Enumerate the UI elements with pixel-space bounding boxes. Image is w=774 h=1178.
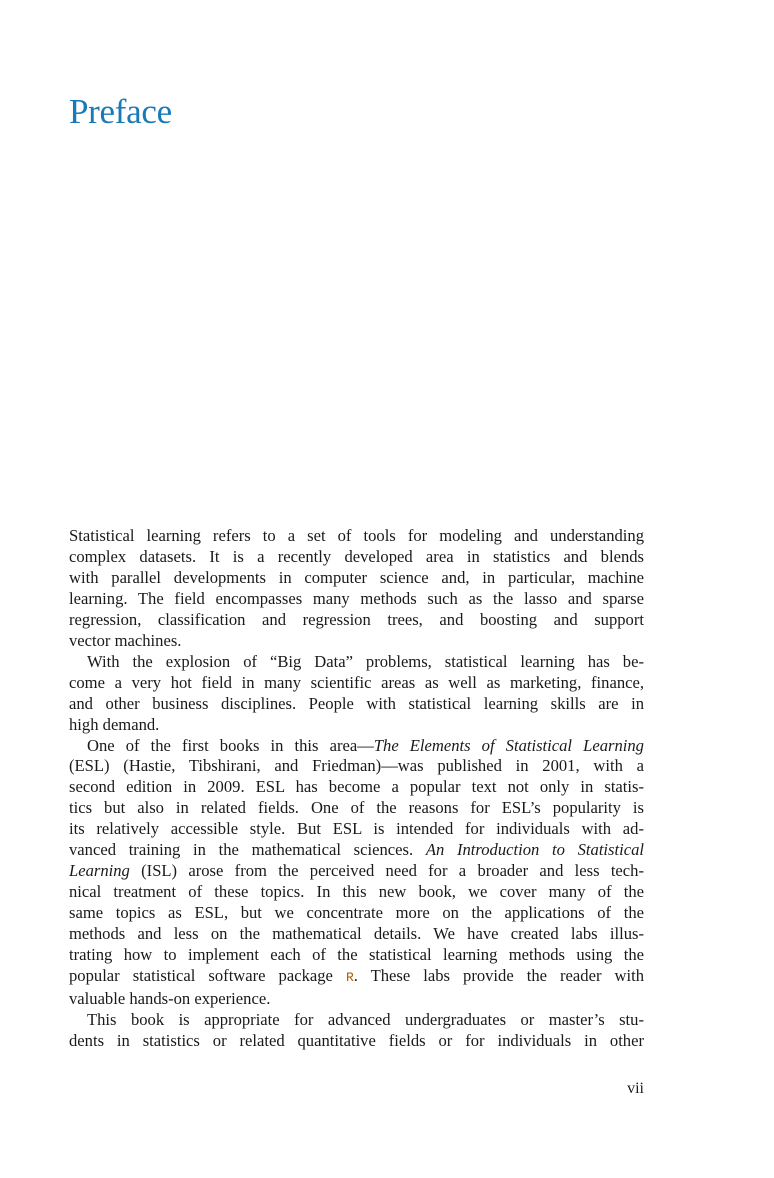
text-line: methods and less on the mathematical det… bbox=[69, 924, 644, 945]
book-title-esl: The Elements of Statistical Learning bbox=[374, 736, 644, 755]
preface-body: Statistical learning refers to a set of … bbox=[69, 526, 644, 1052]
text-segment: popular statistical software package bbox=[69, 966, 346, 985]
text-line: complex datasets. It is a recently devel… bbox=[69, 547, 644, 568]
text-line: regression, classification and regressio… bbox=[69, 610, 644, 631]
text-line: (ESL) (Hastie, Tibshirani, and Friedman)… bbox=[69, 756, 644, 777]
text-line: tics but also in related fields. One of … bbox=[69, 798, 644, 819]
text-segment: vanced training in the mathematical scie… bbox=[69, 840, 426, 859]
paragraph-4: This book is appropriate for advanced un… bbox=[69, 1010, 644, 1052]
text-line: with parallel developments in computer s… bbox=[69, 568, 644, 589]
paragraph-3: One of the first books in this area—The … bbox=[69, 736, 644, 1010]
text-line: second edition in 2009. ESL has become a… bbox=[69, 777, 644, 798]
text-line: One of the first books in this area—The … bbox=[69, 736, 644, 757]
text-line: popular statistical software package R. … bbox=[69, 966, 644, 989]
text-line: learning. The field encompasses many met… bbox=[69, 589, 644, 610]
paragraph-1: Statistical learning refers to a set of … bbox=[69, 526, 644, 652]
text-line: nical treatment of these topics. In this… bbox=[69, 882, 644, 903]
text-line: and other business disciplines. People w… bbox=[69, 694, 644, 715]
text-line: vector machines. bbox=[69, 631, 644, 652]
text-line: Statistical learning refers to a set of … bbox=[69, 526, 644, 547]
text-line: trating how to implement each of the sta… bbox=[69, 945, 644, 966]
text-line: same topics as ESL, but we concentrate m… bbox=[69, 903, 644, 924]
text-segment: (ISL) arose from the perceived need for … bbox=[130, 861, 644, 880]
page-title: Preface bbox=[69, 90, 172, 134]
text-line: dents in statistics or related quantitat… bbox=[69, 1031, 644, 1052]
text-line: vanced training in the mathematical scie… bbox=[69, 840, 644, 861]
text-line: its relatively accessible style. But ESL… bbox=[69, 819, 644, 840]
text-segment: . These labs provide the reader with bbox=[354, 966, 644, 985]
r-software-code: R bbox=[346, 970, 354, 985]
book-title-isl-cont: Learning bbox=[69, 861, 130, 880]
page-number: vii bbox=[627, 1079, 644, 1099]
text-line: With the explosion of “Big Data” problem… bbox=[69, 652, 644, 673]
text-line: come a very hot field in many scientific… bbox=[69, 673, 644, 694]
text-line: valuable hands-on experience. bbox=[69, 989, 644, 1010]
text-line: This book is appropriate for advanced un… bbox=[69, 1010, 644, 1031]
book-title-isl: An Introduction to Statistical bbox=[426, 840, 644, 859]
text-segment: One of the first books in this area— bbox=[87, 736, 374, 755]
text-line: Learning (ISL) arose from the perceived … bbox=[69, 861, 644, 882]
text-line: high demand. bbox=[69, 715, 644, 736]
paragraph-2: With the explosion of “Big Data” problem… bbox=[69, 652, 644, 736]
